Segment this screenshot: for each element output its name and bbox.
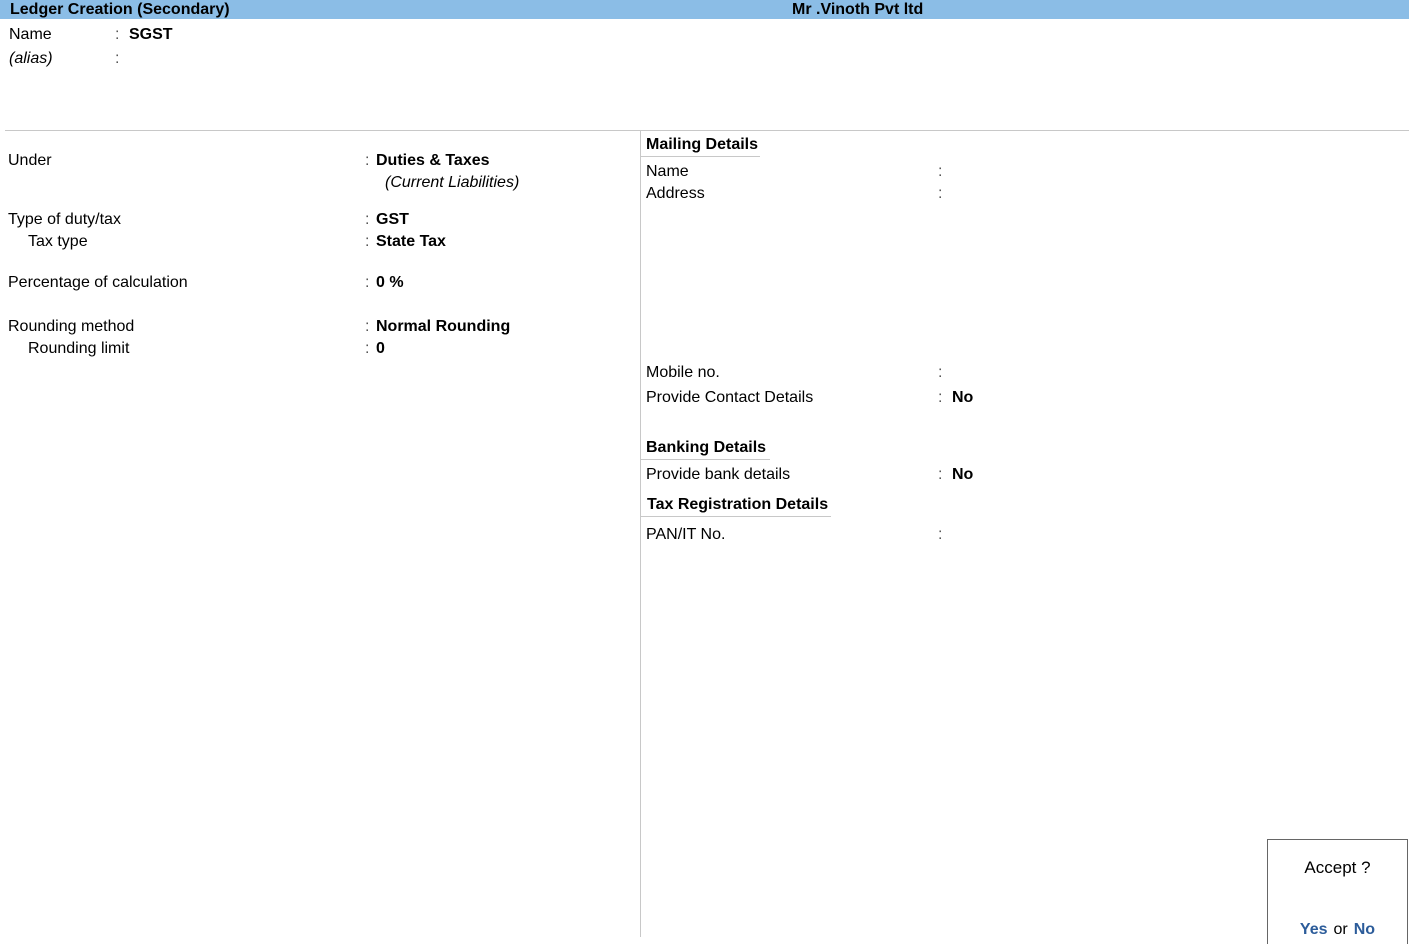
company-name: Mr .Vinoth Pvt ltd (792, 0, 923, 19)
bank-details-colon: : (938, 465, 942, 485)
duty-type-field[interactable]: GST (376, 210, 409, 230)
mailing-details-heading: Mailing Details (646, 135, 758, 155)
rounding-method-label: Rounding method (8, 317, 134, 337)
under-label: Under (8, 151, 52, 171)
address-label: Address (646, 184, 705, 204)
alias-field[interactable] (129, 49, 429, 69)
tax-registration-heading-underline (641, 516, 831, 517)
mobile-field[interactable] (952, 363, 1252, 383)
title-bar: Ledger Creation (Secondary) Mr .Vinoth P… (0, 0, 1409, 19)
mobile-label: Mobile no. (646, 363, 720, 383)
rounding-limit-label: Rounding limit (28, 339, 129, 359)
mobile-colon: : (938, 363, 942, 383)
mailing-name-colon: : (938, 162, 942, 182)
mailing-heading-underline (641, 156, 760, 157)
mailing-name-label: Name (646, 162, 689, 182)
column-divider (640, 131, 641, 937)
alias-colon: : (115, 49, 119, 69)
banking-details-heading: Banking Details (646, 438, 766, 458)
percentage-label: Percentage of calculation (8, 273, 188, 293)
header-divider (5, 130, 1409, 131)
bank-details-label: Provide bank details (646, 465, 790, 485)
accept-question: Accept ? (1268, 858, 1407, 878)
duty-type-label: Type of duty/tax (8, 210, 121, 230)
screen-title: Ledger Creation (Secondary) (10, 0, 230, 19)
bank-details-field[interactable]: No (952, 465, 973, 485)
percentage-field[interactable]: 0 % (376, 273, 404, 293)
contact-details-colon: : (938, 388, 942, 408)
alias-label: (alias) (9, 49, 53, 69)
under-colon: : (365, 151, 369, 171)
mailing-name-field[interactable] (952, 162, 1252, 182)
percentage-colon: : (365, 273, 369, 293)
name-colon: : (115, 25, 119, 45)
accept-dialog: Accept ? YesorNo (1267, 839, 1408, 944)
accept-options: YesorNo (1268, 921, 1407, 939)
tax-registration-heading: Tax Registration Details (647, 495, 828, 515)
address-field[interactable] (952, 184, 1252, 204)
rounding-method-colon: : (365, 317, 369, 337)
pan-field[interactable] (952, 525, 1252, 545)
pan-label: PAN/IT No. (646, 525, 725, 545)
tax-type-colon: : (365, 232, 369, 252)
yes-button[interactable]: Yes (1300, 921, 1328, 938)
name-label: Name (9, 25, 52, 45)
contact-details-field[interactable]: No (952, 388, 973, 408)
rounding-limit-field[interactable]: 0 (376, 339, 385, 359)
under-field[interactable]: Duties & Taxes (376, 151, 490, 171)
under-parent-group: (Current Liabilities) (385, 173, 519, 193)
tax-type-label: Tax type (28, 232, 88, 252)
rounding-method-field[interactable]: Normal Rounding (376, 317, 510, 337)
contact-details-label: Provide Contact Details (646, 388, 813, 408)
address-colon: : (938, 184, 942, 204)
pan-colon: : (938, 525, 942, 545)
duty-type-colon: : (365, 210, 369, 230)
banking-heading-underline (641, 459, 770, 460)
rounding-limit-colon: : (365, 339, 369, 359)
tax-type-field[interactable]: State Tax (376, 232, 446, 252)
or-text: or (1334, 921, 1348, 938)
no-button[interactable]: No (1354, 921, 1375, 938)
name-field[interactable]: SGST (129, 25, 173, 45)
